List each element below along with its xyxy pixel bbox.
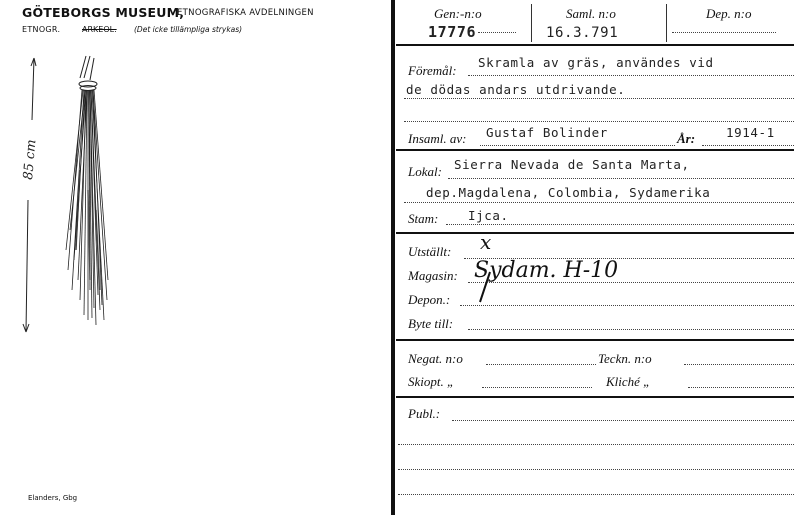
lokal-line1[interactable]: Sierra Nevada de Santa Marta, <box>454 157 690 172</box>
depon-label: Depon.: <box>408 292 450 308</box>
dotted-line <box>684 364 794 365</box>
lokal-label: Lokal: <box>408 164 442 180</box>
dotted-line <box>702 145 794 146</box>
negat-label: Negat. n:o <box>408 351 463 367</box>
insaml-value[interactable]: Gustaf Bolinder <box>486 125 608 140</box>
sub-arkeol: ARKEOL. <box>82 25 117 34</box>
teckn-label: Teckn. n:o <box>598 351 652 367</box>
dotted-line <box>398 469 794 470</box>
grass-rattle-sketch-icon: 85 cm <box>10 50 120 340</box>
foremal-line2[interactable]: de dödas andars utdrivande. <box>406 82 625 97</box>
dotted-line <box>480 145 675 146</box>
saml-no-label: Saml. n:o <box>566 6 616 22</box>
dotted-line <box>448 178 794 179</box>
header-separator <box>531 4 532 42</box>
insaml-label: Insaml. av: <box>408 131 467 147</box>
card-left-panel: GÖTEBORGS MUSEUM, ETNOGRAFISKA AVDELNING… <box>0 0 392 515</box>
magasin-label: Magasin: <box>408 268 458 284</box>
dep-no-dots <box>672 32 776 33</box>
dotted-line <box>482 387 592 388</box>
dotted-line <box>398 444 794 445</box>
card-right-panel: Gen:-n:o 17776 Saml. n:o 16.3.791 Dep. n… <box>396 0 800 515</box>
stam-value[interactable]: Ijca. <box>468 208 509 223</box>
lokal-line2[interactable]: dep.Magdalena, Colombia, Sydamerika <box>426 185 710 200</box>
stam-label: Stam: <box>408 211 438 227</box>
card-divider <box>391 0 395 515</box>
dotted-line <box>468 329 794 330</box>
section-rule <box>396 149 794 151</box>
skiopt-label: Skiopt. „ <box>408 374 454 390</box>
kliche-label: Kliché „ <box>606 374 650 390</box>
gen-no-label: Gen:-n:o <box>434 6 482 22</box>
publ-label: Publ.: <box>408 406 440 422</box>
utstallt-label: Utställt: <box>408 244 451 260</box>
utstallt-value[interactable]: x <box>480 230 491 254</box>
printer-credit: Elanders, Gbg <box>28 494 77 502</box>
dotted-line <box>468 75 794 76</box>
byte-label: Byte till: <box>408 316 453 332</box>
handwriting-stroke-icon <box>476 270 496 306</box>
gen-no-value: 17776 <box>428 23 476 41</box>
sub-note: (Det icke tillämpliga strykas) <box>134 25 242 34</box>
measure-label: 85 cm <box>21 139 39 180</box>
museum-name: GÖTEBORGS MUSEUM, <box>22 5 184 20</box>
header-rule <box>396 44 794 46</box>
gen-no-dots <box>478 32 516 33</box>
section-rule <box>396 396 794 398</box>
dotted-line <box>452 420 794 421</box>
saml-no-value: 16.3.791 <box>546 25 618 41</box>
dotted-line <box>398 494 794 495</box>
foremal-label: Föremål: <box>408 63 457 79</box>
ar-value[interactable]: 1914-1 <box>726 125 775 140</box>
dotted-line <box>404 202 794 203</box>
header-separator <box>666 4 667 42</box>
sub-etnogr: ETNOGR. <box>22 25 60 34</box>
department-name: ETNOGRAFISKA AVDELNINGEN <box>177 8 314 18</box>
dotted-line <box>468 282 794 283</box>
dotted-line <box>446 224 794 225</box>
dotted-line <box>404 121 794 122</box>
dotted-line <box>486 364 596 365</box>
ar-label: År: <box>677 131 695 147</box>
foremal-line1[interactable]: Skramla av gräs, användes vid <box>478 55 714 70</box>
dotted-line <box>688 387 794 388</box>
dep-no-label: Dep. n:o <box>706 6 752 22</box>
dotted-line <box>404 98 794 99</box>
dotted-line <box>460 305 794 306</box>
section-rule <box>396 232 794 234</box>
section-rule <box>396 339 794 341</box>
